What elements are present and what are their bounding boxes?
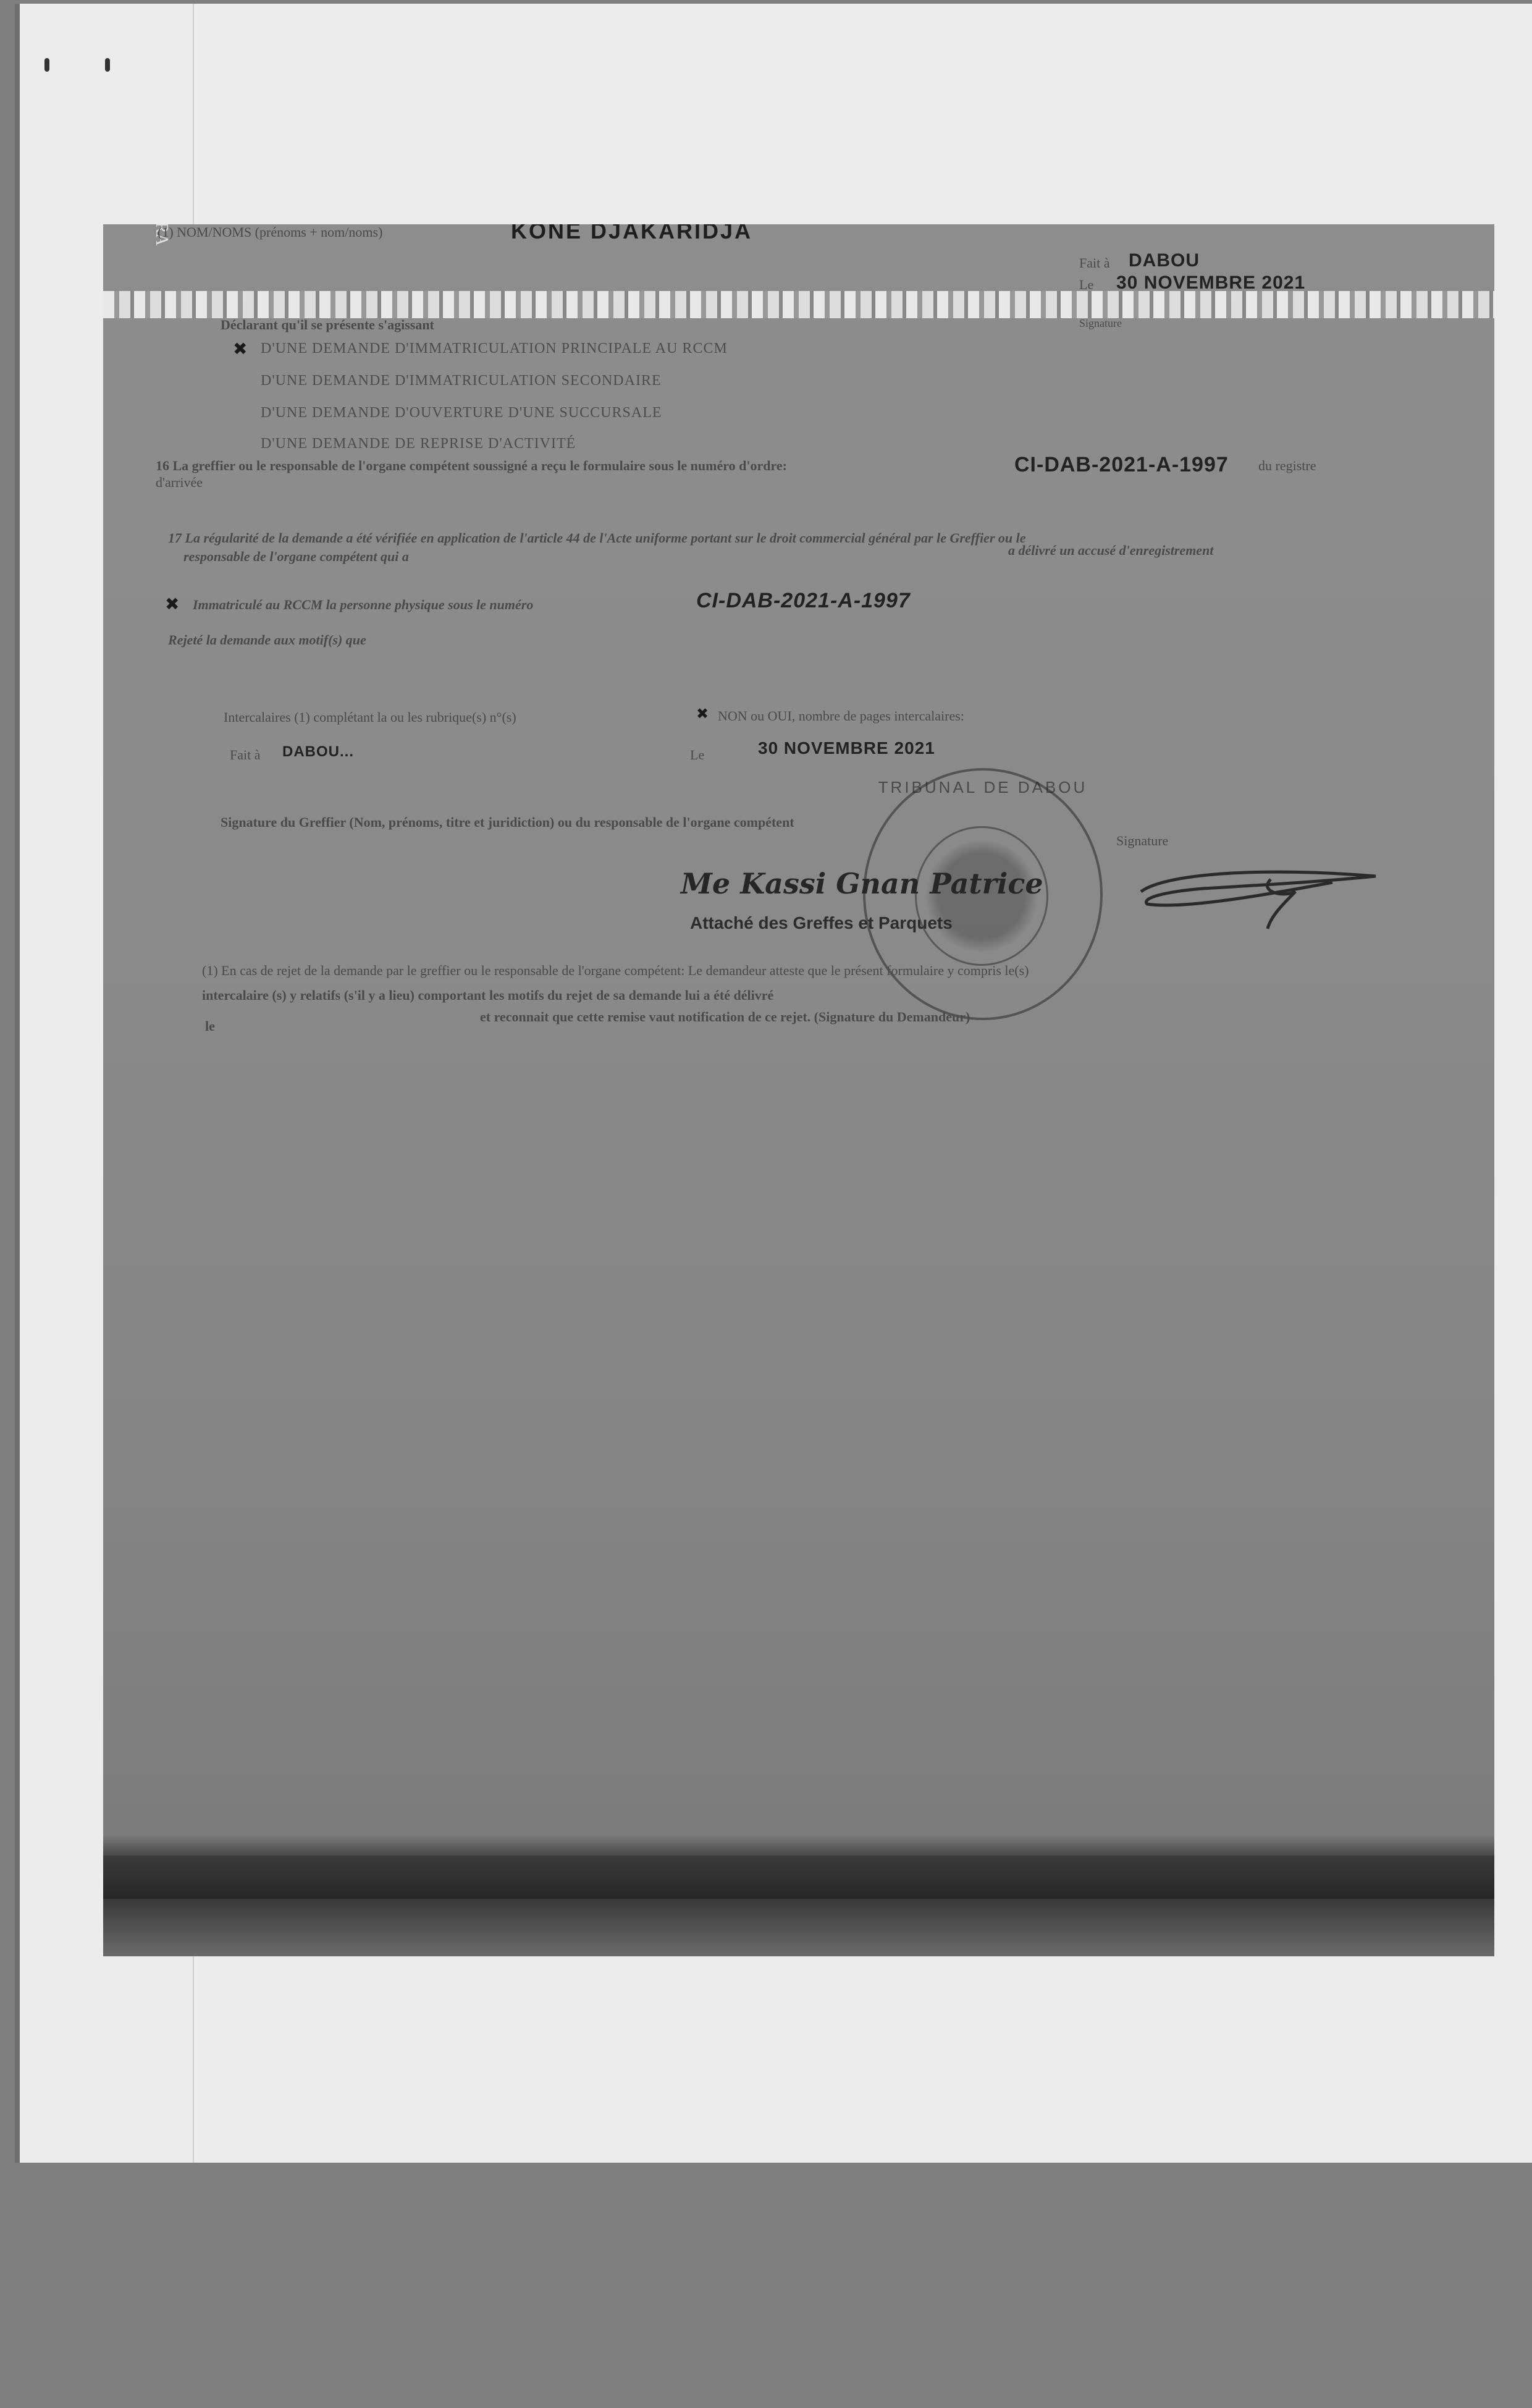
handwritten-signature-icon [1129,855,1388,941]
request-option-secondary: D'UNE DEMANDE D'IMMATRICULATION SECONDAI… [261,373,662,389]
fait-a-value: DABOU [1129,250,1200,271]
header-date: 30 NOVEMBRE 2021 [1116,272,1305,294]
surname-value: KONE DJAKARIDJA [511,224,752,244]
fait-a-label: Fait à [1079,255,1110,271]
clerk-signature-label: Signature du Greffier (Nom, prénoms, tit… [221,814,794,830]
photographed-form: RA (1) NOM/NOMS (prénoms + nom/noms) KON… [103,224,1494,1956]
surname-label: (1) NOM/NOMS (prénoms + nom/noms) [158,224,382,240]
intercalaires-choice: NON ou OUI, nombre de pages intercalaire… [718,708,964,724]
stamp-text: TRIBUNAL DE DABOU [865,778,1100,797]
place-value: DABOU... [282,743,354,761]
regularity-line2: responsable de l'organe compétent qui a [183,549,409,565]
punch-hole-icon [44,58,49,72]
registered-text: Immatriculé au RCCM la personne physique… [193,597,533,613]
request-option-branch: D'UNE DEMANDE D'OUVERTURE D'UNE SUCCURSA… [261,405,662,421]
punch-hole-icon [105,58,110,72]
place-label: Fait à [230,747,261,763]
rejected-text: Rejeté la demande aux motif(s) que [168,632,366,648]
receipt-line2: d'arrivée [156,475,203,491]
receipt-text: 16 La greffier ou le responsable de l'or… [156,458,787,474]
checkbox-checked-icon[interactable]: ✖ [165,594,179,614]
table-edge-shadow [103,1856,1494,1899]
receipt-suffix: du registre [1258,458,1316,474]
clerk-title: Attaché des Greffes et Parquets [690,913,953,933]
le-label: Le [1079,277,1093,293]
date-label: Le [690,747,704,763]
request-option-resumption: D'UNE DEMANDE DE REPRISE D'ACTIVITÉ [261,436,576,452]
rejection-line2: intercalaire (s) y relatifs (s'il y a li… [202,987,773,1003]
clerk-signature-title-label: Signature [1116,833,1168,849]
scan-artifact-band [103,291,1494,318]
rejection-line3-prefix: le [205,1018,215,1034]
rejection-line3: et reconnait que cette remise vaut notif… [480,1009,970,1025]
request-intro: Déclarant qu'il se présente s'agissant [221,317,434,333]
registered-number: CI-DAB-2021-A-1997 [696,589,911,613]
receipt-number: CI-DAB-2021-A-1997 [1014,453,1229,477]
rejection-line1: (1) En cas de rejet de la demande par le… [202,963,1029,979]
date-value: 30 NOVEMBRE 2021 [758,738,935,758]
checkbox-checked-icon[interactable]: ✖ [696,705,709,722]
header-signature-label: Signature [1079,317,1122,330]
request-option-principal: D'UNE DEMANDE D'IMMATRICULATION PRINCIPA… [261,340,728,357]
clerk-name: Me Kassi Gnan Patrice [681,867,1043,900]
regularity-text: 17 La régularité de la demande a été vér… [168,530,1026,546]
scanned-page: RA (1) NOM/NOMS (prénoms + nom/noms) KON… [15,4,1532,2163]
checkbox-checked-icon[interactable]: ✖ [233,339,247,359]
intercalaires-label: Intercalaires (1) complétant la ou les r… [224,709,516,725]
scanner-background [0,2194,1532,2408]
regularity-note: a délivré un accusé d'enregistrement [1008,543,1213,559]
